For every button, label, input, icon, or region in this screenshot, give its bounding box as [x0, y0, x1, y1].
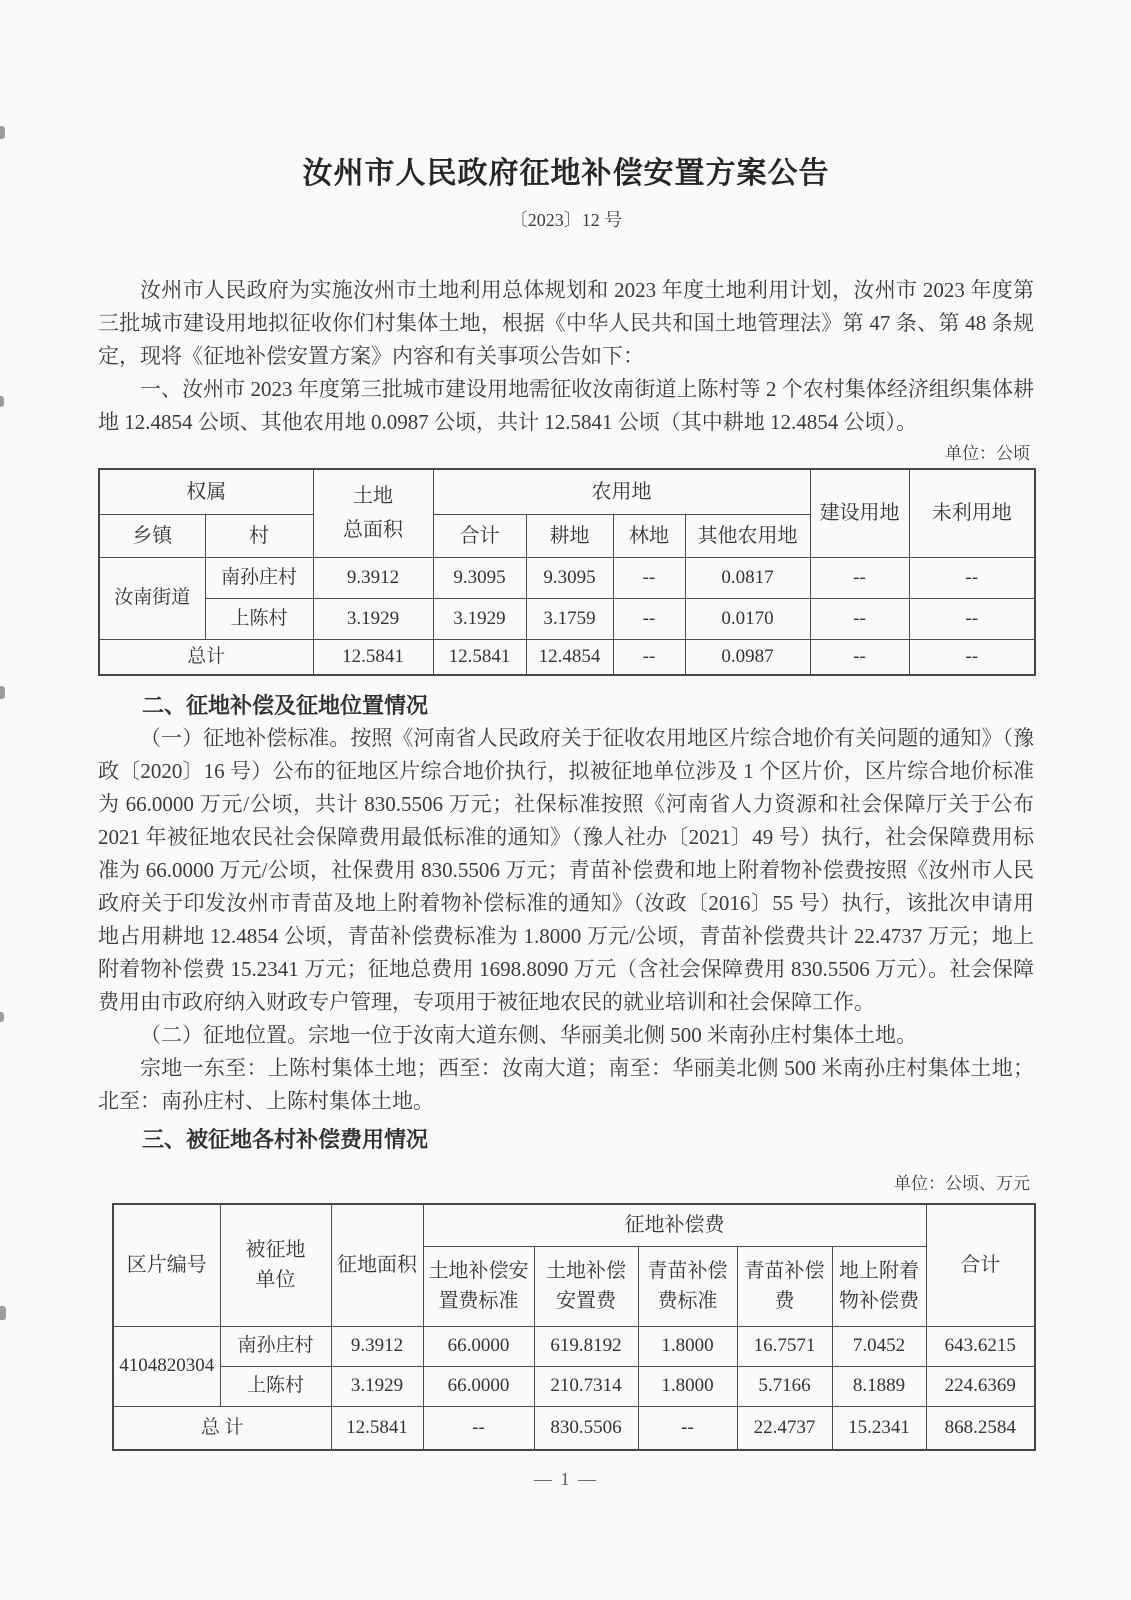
t2-cell-land-fee: 619.8192 — [534, 1326, 638, 1366]
section3-heading: 三、被征地各村补偿费用情况 — [98, 1123, 1034, 1156]
t1-header-village: 村 — [205, 514, 313, 557]
doc-number: 〔2023〕12 号 — [98, 208, 1034, 232]
t1-cell-cultivated: 9.3095 — [526, 557, 613, 598]
t2-total-seedling-fee: 22.4737 — [737, 1406, 832, 1450]
scan-artifact — [0, 1012, 4, 1022]
t2-header-land-fee-line1: 土地补偿 — [537, 1256, 636, 1286]
t2-header-attachment-line2: 物补偿费 — [835, 1286, 924, 1316]
t2-total-total: 868.2584 — [926, 1406, 1035, 1450]
t1-cell-farm-total: 3.1929 — [433, 598, 526, 639]
page-title: 汝州市人民政府征地补偿安置方案公告 — [98, 154, 1034, 194]
t2-cell-total: 643.6215 — [926, 1326, 1035, 1366]
scan-artifact — [0, 126, 5, 139]
page-number: — 1 — — [98, 1467, 1034, 1491]
t2-header-seedling-fee-line2: 费 — [740, 1286, 830, 1316]
t2-cell-land-fee: 210.7314 — [534, 1366, 638, 1406]
section2-paragraph-1: （一）征地补偿标准。按照《河南省人民政府关于征收农用地区片综合地价有关问题的通知… — [98, 722, 1034, 1019]
table-row: 上陈村 3.1929 3.1929 3.1759 -- 0.0170 -- -- — [99, 598, 1035, 639]
t1-cell-other: 0.0170 — [685, 598, 810, 639]
t1-total-forest: -- — [613, 639, 685, 675]
t2-header-seedling-std-line1: 青苗补偿 — [641, 1256, 735, 1286]
t2-cell-unit: 南孙庄村 — [220, 1326, 331, 1366]
t2-header-block-code: 区片编号 — [113, 1204, 220, 1326]
t2-cell-seedling-std: 1.8000 — [638, 1366, 737, 1406]
t1-header-cultivated: 耕地 — [526, 514, 613, 557]
scan-artifact — [0, 1306, 6, 1320]
t2-total-land-std: -- — [423, 1406, 534, 1450]
t2-cell-land-std: 66.0000 — [423, 1326, 534, 1366]
t2-header-seedling-fee: 青苗补偿 费 — [737, 1246, 832, 1326]
scan-artifact — [0, 686, 5, 699]
t2-cell-area: 3.1929 — [331, 1366, 423, 1406]
t1-header-total-area-line2: 总面积 — [316, 513, 431, 547]
table-total-row: 总 计 12.5841 -- 830.5506 -- 22.4737 15.23… — [113, 1406, 1035, 1450]
t2-header-area: 征地面积 — [331, 1204, 423, 1326]
section2-paragraph-2: （二）征地位置。宗地一位于汝南大道东侧、华丽美北侧 500 米南孙庄村集体土地。 — [98, 1019, 1034, 1052]
table-total-row: 总计 12.5841 12.5841 12.4854 -- 0.0987 -- … — [99, 639, 1035, 675]
t1-cell-construction: -- — [810, 557, 909, 598]
t1-header-construction: 建设用地 — [810, 469, 909, 557]
t2-header-unit-line1: 被征地 — [223, 1235, 329, 1265]
t2-total-seedling-std: -- — [638, 1406, 737, 1450]
t2-header-attachment-line1: 地上附着 — [835, 1256, 924, 1286]
t2-cell-block-code: 4104820304 — [113, 1326, 220, 1406]
t2-total-area: 12.5841 — [331, 1406, 423, 1450]
t1-header-unused: 未利用地 — [909, 469, 1035, 557]
t1-header-total-area: 土地 总面积 — [313, 469, 433, 557]
t2-cell-attachment-fee: 7.0452 — [832, 1326, 926, 1366]
t1-cell-unused: -- — [909, 557, 1035, 598]
t2-header-seedling-fee-line1: 青苗补偿 — [740, 1256, 830, 1286]
t1-header-subtotal: 合计 — [433, 514, 526, 557]
section2-heading: 二、征地补偿及征地位置情况 — [98, 689, 1034, 722]
t1-cell-other: 0.0817 — [685, 557, 810, 598]
table-row: 汝南街道 南孙庄村 9.3912 9.3095 9.3095 -- 0.0817… — [99, 557, 1035, 598]
t2-cell-seedling-fee: 16.7571 — [737, 1326, 832, 1366]
scan-artifact — [0, 396, 4, 407]
t2-total-attachment-fee: 15.2341 — [832, 1406, 926, 1450]
t1-cell-forest: -- — [613, 557, 685, 598]
t1-cell-total: 9.3912 — [313, 557, 433, 598]
t2-header-comp-group: 征地补偿费 — [423, 1204, 926, 1246]
t1-total-label: 总计 — [99, 639, 313, 675]
t1-cell-forest: -- — [613, 598, 685, 639]
paragraph-intro: 汝州市人民政府为实施汝州市土地利用总体规划和 2023 年度土地利用计划，汝州市… — [98, 274, 1034, 373]
t1-cell-cultivated: 3.1759 — [526, 598, 613, 639]
table1-unit-label: 单位：公顷 — [98, 442, 1034, 466]
t2-header-land-std-line2: 置费标准 — [426, 1286, 532, 1316]
section2-paragraph-3: 宗地一东至：上陈村集体土地；西至：汝南大道；南至：华丽美北侧 500 米南孙庄村… — [98, 1052, 1034, 1118]
t2-cell-unit: 上陈村 — [220, 1366, 331, 1406]
compensation-fee-table: 区片编号 被征地 单位 征地面积 征地补偿费 合计 土地补偿安 置费标准 土地补… — [112, 1203, 1036, 1451]
t1-cell-village: 南孙庄村 — [205, 557, 313, 598]
t2-cell-attachment-fee: 8.1889 — [832, 1366, 926, 1406]
table-row: 上陈村 3.1929 66.0000 210.7314 1.8000 5.716… — [113, 1366, 1035, 1406]
t2-header-attachment: 地上附着 物补偿费 — [832, 1246, 926, 1326]
t1-cell-township: 汝南街道 — [99, 557, 205, 639]
t2-cell-land-std: 66.0000 — [423, 1366, 534, 1406]
t1-header-farmland-group: 农用地 — [433, 469, 810, 514]
t2-header-seedling-std-line2: 费标准 — [641, 1286, 735, 1316]
t2-header-land-std-line1: 土地补偿安 — [426, 1256, 532, 1286]
t1-total-construction: -- — [810, 639, 909, 675]
t1-header-township: 乡镇 — [99, 514, 205, 557]
t1-total-other: 0.0987 — [685, 639, 810, 675]
t2-header-seedling-std: 青苗补偿 费标准 — [638, 1246, 737, 1326]
t1-cell-total: 3.1929 — [313, 598, 433, 639]
t1-header-total-area-line1: 土地 — [316, 479, 431, 513]
paragraph-item-one: 一、汝州市 2023 年度第三批城市建设用地需征收汝南街道上陈村等 2 个农村集… — [98, 373, 1034, 439]
t2-cell-area: 9.3912 — [331, 1326, 423, 1366]
t2-header-unit-line2: 单位 — [223, 1265, 329, 1295]
t1-header-ownership: 权属 — [99, 469, 313, 514]
t2-total-label: 总 计 — [113, 1406, 331, 1450]
t2-total-land-fee: 830.5506 — [534, 1406, 638, 1450]
t1-cell-farm-total: 9.3095 — [433, 557, 526, 598]
t2-cell-seedling-fee: 5.7166 — [737, 1366, 832, 1406]
t1-cell-unused: -- — [909, 598, 1035, 639]
t2-header-unit: 被征地 单位 — [220, 1204, 331, 1326]
t1-cell-village: 上陈村 — [205, 598, 313, 639]
t2-cell-total: 224.6369 — [926, 1366, 1035, 1406]
table-row: 4104820304 南孙庄村 9.3912 66.0000 619.8192 … — [113, 1326, 1035, 1366]
t2-header-land-fee: 土地补偿 安置费 — [534, 1246, 638, 1326]
t1-cell-construction: -- — [810, 598, 909, 639]
t2-header-land-fee-line2: 安置费 — [537, 1286, 636, 1316]
t2-header-land-std: 土地补偿安 置费标准 — [423, 1246, 534, 1326]
t2-header-total: 合计 — [926, 1204, 1035, 1326]
land-area-table: 权属 土地 总面积 农用地 建设用地 未利用地 乡镇 村 合计 耕地 林地 其他… — [98, 468, 1036, 676]
document-page: 汝州市人民政府征地补偿安置方案公告 〔2023〕12 号 汝州市人民政府为实施汝… — [0, 0, 1131, 1600]
document-content: 汝州市人民政府征地补偿安置方案公告 〔2023〕12 号 汝州市人民政府为实施汝… — [98, 0, 1034, 1491]
t1-total-unused: -- — [909, 639, 1035, 675]
t1-header-other-farmland: 其他农用地 — [685, 514, 810, 557]
t1-header-forest: 林地 — [613, 514, 685, 557]
t2-cell-seedling-std: 1.8000 — [638, 1326, 737, 1366]
t1-total-farm-total: 12.5841 — [433, 639, 526, 675]
table2-unit-label: 单位：公顷、万元 — [98, 1172, 1034, 1196]
t1-total-total: 12.5841 — [313, 639, 433, 675]
t1-total-cultivated: 12.4854 — [526, 639, 613, 675]
